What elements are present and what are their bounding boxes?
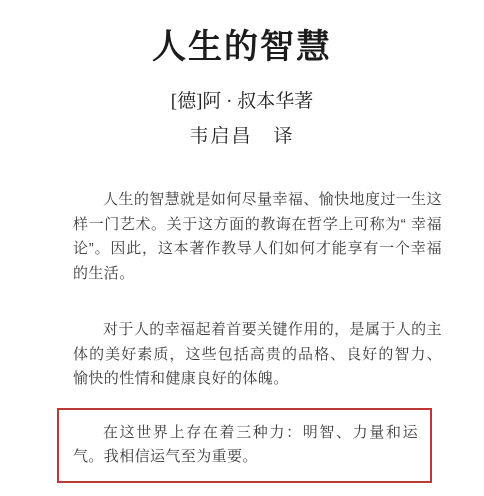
paragraph-2: 对于人的幸福起着首要关键作用的，是属于人的主体的美好素质，这些包括高贵的品格、良…	[73, 318, 442, 392]
paragraph-3-highlighted: 在这世界上存在着三种力：明智、力量和运气。我相信运气至为重要。	[73, 421, 418, 470]
page-title: 人生的智慧	[0, 27, 484, 68]
translator-line: 韦启昌 译	[0, 126, 484, 148]
paragraph-1: 人生的智慧就是如何尽量幸福、愉快地度过一生这样一门艺术。关于这方面的教诲在哲学上…	[73, 188, 442, 286]
author-line: [德]阿 · 叔本华著	[0, 91, 484, 113]
book-page: 人生的智慧 [德]阿 · 叔本华著 韦启昌 译 人生的智慧就是如何尽量幸福、愉快…	[0, 0, 484, 496]
body-text: 人生的智慧就是如何尽量幸福、愉快地度过一生这样一门艺术。关于这方面的教诲在哲学上…	[0, 188, 484, 483]
highlight-box: 在这世界上存在着三种力：明智、力量和运气。我相信运气至为重要。	[57, 408, 432, 483]
